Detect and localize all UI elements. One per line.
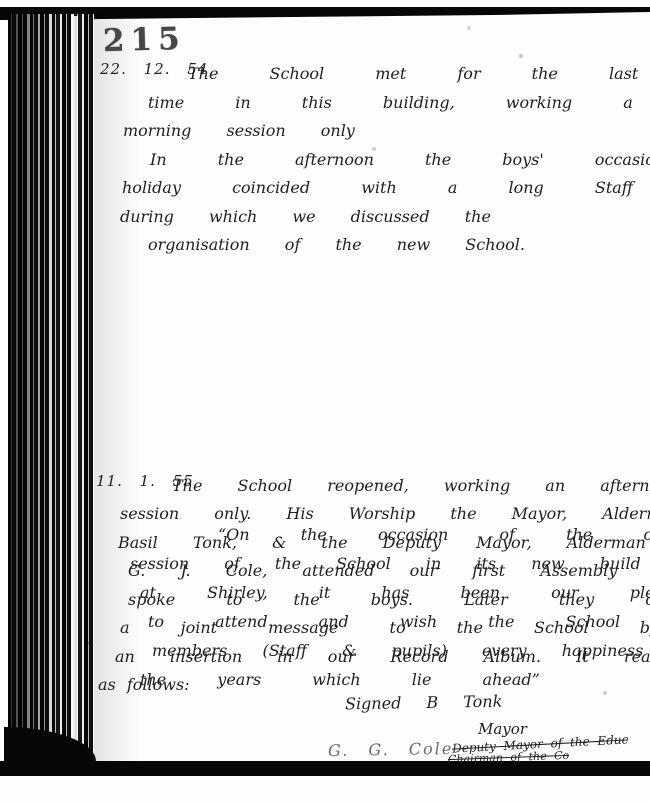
quote-line: session of the School in its new build <box>0 549 650 578</box>
quote-line: members (Staff & pupils) every happiness… <box>0 636 650 665</box>
entry-line: time in this building, working a <box>0 89 650 118</box>
journal-entry-1: 22. 12. 54 The School met for the last t… <box>0 60 650 260</box>
quote-line: at Shirley, it has been our pleasur <box>0 578 650 607</box>
entry-date: 11. 1. 55 <box>96 472 194 490</box>
signature-cole: G. G. Cole <box>328 739 454 760</box>
entry-line: during which we discussed the <box>0 203 650 232</box>
scan-specks <box>0 0 2 2</box>
quote-line: the years which lie ahead” <box>0 665 650 694</box>
quote-line: to attend and wish the School & all <box>0 607 650 636</box>
quote-line: “On the occasion of the opening <box>0 520 650 549</box>
entry-line: organisation of the new School. <box>0 231 650 260</box>
entry-date: 22. 12. 54 <box>100 60 208 78</box>
signature-title-mayor: Mayor <box>478 720 527 738</box>
page-number-stamp: 215 <box>103 21 187 59</box>
entry-line: In the afternoon the boys' occasiona <box>0 146 650 175</box>
signature-signed: Signed B Tonk <box>345 692 503 714</box>
entry-line: The School met for the last <box>0 60 650 89</box>
entry-line: holiday coincided with a long Staff me <box>0 174 650 203</box>
scan-bottom-edge <box>0 761 650 776</box>
entry-line: morning session only <box>0 117 650 146</box>
album-quote: “On the occasion of the opening session … <box>0 520 650 694</box>
scanned-logbook-page: 215 22. 12. 54 The School met for the la… <box>0 0 650 803</box>
